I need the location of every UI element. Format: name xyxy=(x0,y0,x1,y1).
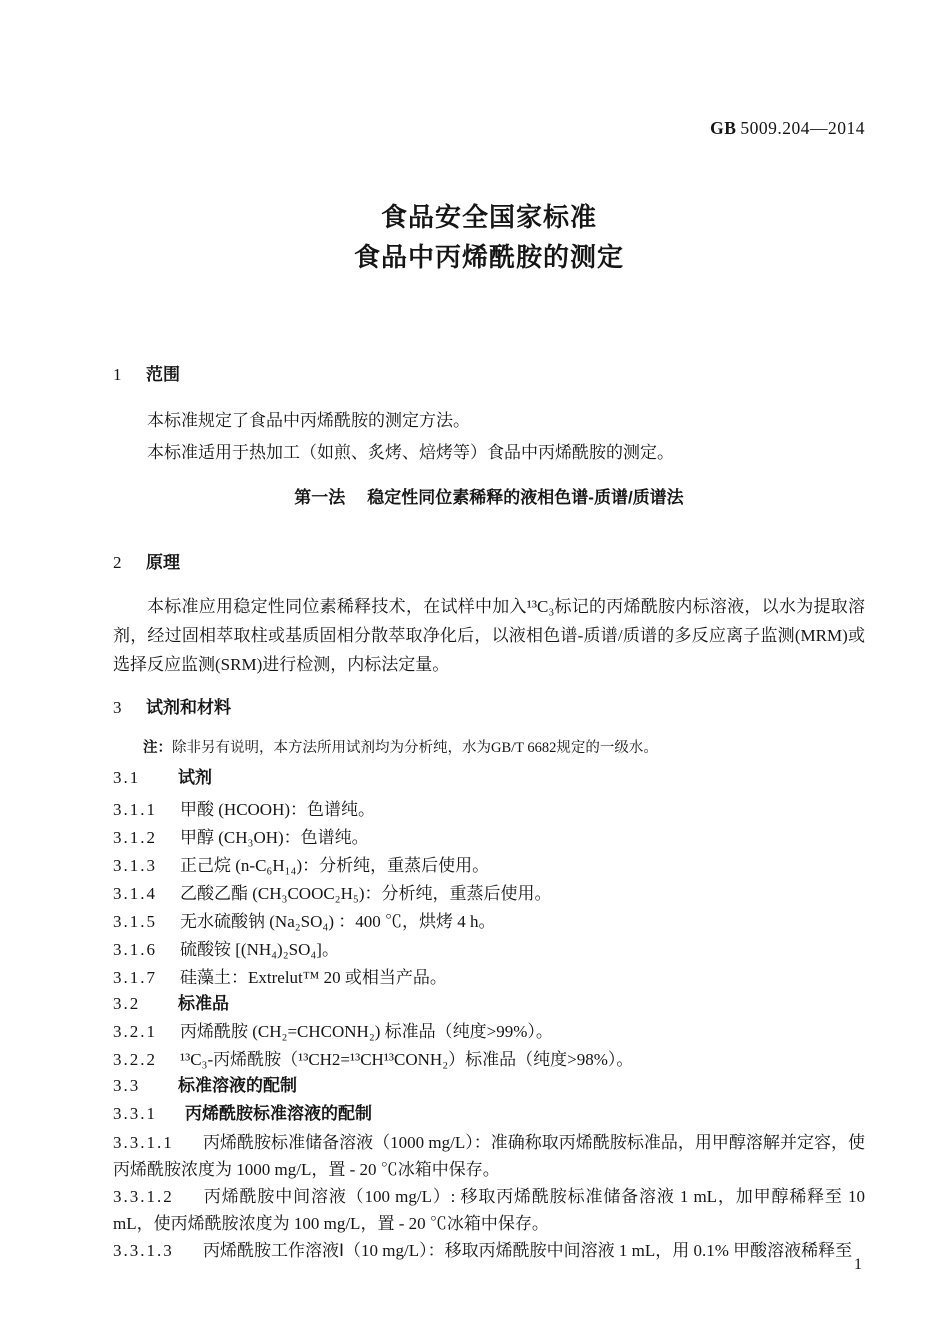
item-text: 丙烯酰胺中间溶液（100 mg/L）: 移取丙烯酰胺标准储备溶液 1 mL，加甲… xyxy=(113,1187,865,1233)
list-item: 3.1.1甲酸 (HCOOH)：色谱纯。 xyxy=(113,796,865,824)
section-3-number: 3 xyxy=(113,696,146,720)
item-number: 3.1.5 xyxy=(113,908,180,936)
standard-solution-paragraphs: 3.3.1.1丙烯酰胺标准储备溶液（1000 mg/L）：准确称取丙烯酰胺标准品… xyxy=(113,1129,865,1264)
item-text: 无水硫酸钠 (Na₂SO₄) ：400 ℃，烘烤 4 h。 xyxy=(180,912,495,931)
item-text: 丙烯酰胺工作溶液Ⅰ（10 mg/L）：移取丙烯酰胺中间溶液 1 mL，用 0.1… xyxy=(203,1241,852,1260)
item-number: 3.3.1.1 xyxy=(113,1129,203,1156)
page-number: 1 xyxy=(854,1255,862,1275)
method-1-label: 第一法 xyxy=(294,488,345,507)
section-3-2-heading: 3.2标准品 xyxy=(113,992,865,1016)
item-number: 3.1.6 xyxy=(113,936,180,964)
item-number: 3.1.7 xyxy=(113,964,180,992)
item-number: 3.3.1.2 xyxy=(113,1183,203,1210)
section-1-heading: 1范围 xyxy=(113,363,865,387)
section-3-3-1-heading: 3.3.1丙烯酰胺标准溶液的配制 xyxy=(113,1102,865,1126)
item-text: 硫酸铵 [(NH₄)₂SO₄]。 xyxy=(180,940,339,959)
section-1-title: 范围 xyxy=(146,365,180,384)
document-title: 食品安全国家标准 食品中丙烯酰胺的测定 xyxy=(113,197,865,277)
section-3-1-number: 3.1 xyxy=(113,766,178,790)
standard-code-prefix: GB xyxy=(710,118,736,138)
note-text: 除非另有说明，本方法所用试剂均为分析纯，水为GB/T 6682规定的一级水。 xyxy=(172,740,658,756)
section-2-title: 原理 xyxy=(146,553,180,572)
item-number: 3.1.2 xyxy=(113,824,180,852)
section-3-3-heading: 3.3标准溶液的配制 xyxy=(113,1074,865,1098)
list-item: 3.3.1.1丙烯酰胺标准储备溶液（1000 mg/L）：准确称取丙烯酰胺标准品… xyxy=(113,1129,865,1183)
list-item: 3.1.4乙酸乙酯 (CH₃COOC₂H₅)：分析纯，重蒸后使用。 xyxy=(113,880,865,908)
page-content: GB5009.204—2014 食品安全国家标准 食品中丙烯酰胺的测定 1范围 … xyxy=(113,0,865,1264)
item-number: 3.3.1.3 xyxy=(113,1237,203,1264)
list-item: 3.3.1.2丙烯酰胺中间溶液（100 mg/L）: 移取丙烯酰胺标准储备溶液 … xyxy=(113,1183,865,1237)
section-3-3-title: 标准溶液的配制 xyxy=(178,1076,297,1095)
section-3-3-number: 3.3 xyxy=(113,1074,178,1098)
reagent-list: 3.1.1甲酸 (HCOOH)：色谱纯。 3.1.2甲醇 (CH₃OH)：色谱纯… xyxy=(113,796,865,992)
method-1-heading: 第一法稳定性同位素稀释的液相色谱-质谱/质谱法 xyxy=(113,486,865,510)
list-item: 3.2.2¹³C₃-丙烯酰胺（¹³CH2=¹³CH¹³CONH₂）标准品（纯度>… xyxy=(113,1046,865,1074)
section-3-heading: 3试剂和材料 xyxy=(113,696,865,720)
section-3-2-title: 标准品 xyxy=(178,994,229,1013)
document-title-line1: 食品安全国家标准 xyxy=(113,197,865,237)
note-label: 注： xyxy=(143,740,172,756)
list-item: 3.1.7硅藻土：Extrelut™ 20 或相当产品。 xyxy=(113,964,865,992)
standard-code: GB5009.204—2014 xyxy=(113,116,865,140)
principle-paragraph: 本标准应用稳定性同位素稀释技术，在试样中加入¹³C₃标记的丙烯酰胺内标溶液，以水… xyxy=(113,592,865,679)
section-3-1-title: 试剂 xyxy=(178,768,212,787)
section-3-1-heading: 3.1试剂 xyxy=(113,766,865,790)
item-text: 甲酸 (HCOOH)：色谱纯。 xyxy=(180,800,375,819)
item-text: ¹³C₃-丙烯酰胺（¹³CH2=¹³CH¹³CONH₂）标准品（纯度>98%）。 xyxy=(180,1050,633,1069)
section-2-number: 2 xyxy=(113,551,146,575)
item-text: 丙烯酰胺 (CH₂=CHCONH₂) 标准品（纯度>99%）。 xyxy=(180,1022,553,1041)
section-3-title: 试剂和材料 xyxy=(146,698,231,717)
list-item: 3.1.2甲醇 (CH₃OH)：色谱纯。 xyxy=(113,824,865,852)
scope-paragraph-2: 本标准适用于热加工（如煎、炙烤、焙烤等）食品中丙烯酰胺的测定。 xyxy=(113,437,865,469)
item-number: 3.1.4 xyxy=(113,880,180,908)
item-text: 丙烯酰胺标准储备溶液（1000 mg/L）：准确称取丙烯酰胺标准品，用甲醇溶解并… xyxy=(113,1133,865,1179)
section-3-2-number: 3.2 xyxy=(113,992,178,1016)
standard-substance-list: 3.2.1丙烯酰胺 (CH₂=CHCONH₂) 标准品（纯度>99%）。 3.2… xyxy=(113,1018,865,1074)
list-item: 3.3.1.3丙烯酰胺工作溶液Ⅰ（10 mg/L）：移取丙烯酰胺中间溶液 1 m… xyxy=(113,1237,865,1264)
item-number: 3.1.1 xyxy=(113,796,180,824)
list-item: 3.1.6硫酸铵 [(NH₄)₂SO₄]。 xyxy=(113,936,865,964)
item-text: 正己烷 (n-C₆H₁₄)：分析纯，重蒸后使用。 xyxy=(180,856,489,875)
section-1-number: 1 xyxy=(113,363,146,387)
scope-paragraph-1: 本标准规定了食品中丙烯酰胺的测定方法。 xyxy=(113,405,865,437)
reagent-note: 注：除非另有说明，本方法所用试剂均为分析纯，水为GB/T 6682规定的一级水。 xyxy=(113,738,865,759)
method-1-title: 稳定性同位素稀释的液相色谱-质谱/质谱法 xyxy=(367,488,683,507)
list-item: 3.2.1丙烯酰胺 (CH₂=CHCONH₂) 标准品（纯度>99%）。 xyxy=(113,1018,865,1046)
document-title-line2: 食品中丙烯酰胺的测定 xyxy=(113,237,865,277)
item-text: 乙酸乙酯 (CH₃COOC₂H₅)：分析纯，重蒸后使用。 xyxy=(180,884,551,903)
document-page: GB5009.204—2014 食品安全国家标准 食品中丙烯酰胺的测定 1范围 … xyxy=(0,0,950,1344)
item-number: 3.2.1 xyxy=(113,1018,180,1046)
item-text: 甲醇 (CH₃OH)：色谱纯。 xyxy=(180,828,369,847)
standard-code-number: 5009.204—2014 xyxy=(740,118,865,138)
section-2-heading: 2原理 xyxy=(113,551,865,575)
section-3-3-1-title: 丙烯酰胺标准溶液的配制 xyxy=(185,1104,372,1123)
section-3-3-1-number: 3.3.1 xyxy=(113,1102,185,1126)
item-number: 3.1.3 xyxy=(113,852,180,880)
list-item: 3.1.5无水硫酸钠 (Na₂SO₄) ：400 ℃，烘烤 4 h。 xyxy=(113,908,865,936)
list-item: 3.1.3正己烷 (n-C₆H₁₄)：分析纯，重蒸后使用。 xyxy=(113,852,865,880)
item-text: 硅藻土：Extrelut™ 20 或相当产品。 xyxy=(180,968,447,987)
item-number: 3.2.2 xyxy=(113,1046,180,1074)
